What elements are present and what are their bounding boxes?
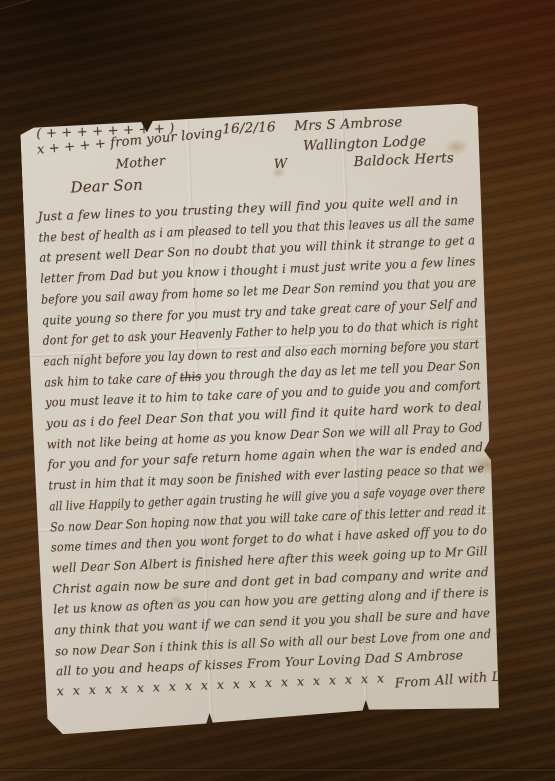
salutation: Dear Son: [70, 176, 143, 197]
wood-plank-seam: [0, 768, 555, 772]
kisses-from-mother: ( + + + + + + + + ) x + + + + from your …: [36, 119, 224, 174]
line-text: ask him to take care of: [44, 370, 180, 389]
date-and-addressee: 16/2/16 Mrs S Ambrose: [222, 114, 403, 137]
addressee-name: Mrs S Ambrose: [294, 114, 403, 134]
letter-date: 16/2/16: [222, 119, 276, 137]
letter-paper: ( + + + + + + + + ) x + + + + from your …: [20, 103, 502, 735]
letter-content: ( + + + + + + + + ) x + + + + from your …: [34, 109, 494, 730]
flourish-mark: W: [274, 157, 288, 173]
photo-of-letter-on-table: ( + + + + + + + + ) x + + + + from your …: [0, 0, 555, 781]
mother-signature: Mother: [115, 149, 224, 173]
address-line-2: Baldock Herts: [353, 150, 454, 170]
struck-word: this: [180, 369, 202, 384]
letter-body: Just a few lines to you trusting they wi…: [37, 189, 492, 682]
